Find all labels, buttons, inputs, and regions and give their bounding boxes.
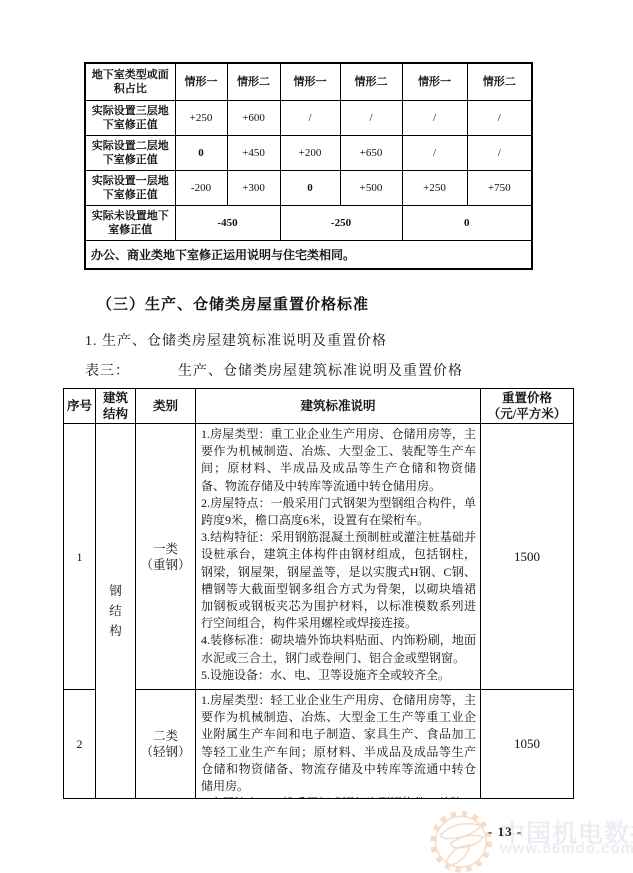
header-structure: 建筑 结构 — [96, 389, 136, 424]
row-label: 实际设置三层地下室修正值 — [85, 101, 175, 136]
table-note-row: 办公、商业类地下室修正运用说明与住宅类相同。 — [85, 241, 532, 270]
table-caption: 表三：生产、仓储类房屋建筑标准说明及重置价格 — [85, 360, 463, 380]
scenario-header: 情形一 — [175, 63, 227, 101]
value-cell: / — [280, 101, 340, 136]
value-cell: +250 — [175, 101, 227, 136]
scenario-header: 情形二 — [467, 63, 532, 101]
value-cell: 0 — [402, 206, 532, 241]
value-cell: +650 — [340, 136, 402, 171]
row-label: 实际设置一层地下室修正值 — [85, 171, 175, 206]
price-cell: 1050 — [481, 690, 574, 799]
basement-header-row: 地下室类型或面积占比 情形一 情形二 情形一 情形二 情形一 情形二 — [85, 63, 532, 101]
table-row: 实际设置二层地下室修正值 0 +450 +200 +650 / / — [85, 136, 532, 171]
table-row: 1 钢结构 一类 （重钢） 1.房屋类型：重工业企业生产用房、仓储用房等，主要作… — [64, 424, 574, 690]
page-number: - 13 - — [488, 824, 522, 840]
index-cell: 2 — [64, 690, 96, 799]
value-cell: / — [402, 136, 467, 171]
basement-note: 办公、商业类地下室修正运用说明与住宅类相同。 — [85, 241, 532, 270]
value-cell: +600 — [227, 101, 280, 136]
scenario-header: 情形二 — [340, 63, 402, 101]
value-cell: +450 — [227, 136, 280, 171]
header-category: 类别 — [136, 389, 196, 424]
price-cell: 1500 — [481, 424, 574, 690]
value-cell: +500 — [340, 171, 402, 206]
value-cell: -200 — [175, 171, 227, 206]
value-cell: / — [402, 101, 467, 136]
structure-cell: 钢结构 — [96, 424, 136, 799]
production-header-row: 序号 建筑 结构 类别 建筑标准说明 重置价格 （元/平方米） — [64, 389, 574, 424]
description-text: 1.房屋类型：轻工业企业生产用房、仓储用房等，主要作为机械制造、冶炼、大型金工生… — [201, 692, 476, 798]
value-cell: -450 — [175, 206, 280, 241]
description-cell: 1.房屋类型：轻工业企业生产用房、仓储用房等，主要作为机械制造、冶炼、大型金工生… — [196, 690, 481, 799]
table-row: 实际设置一层地下室修正值 -200 +300 0 +500 +250 +750 — [85, 171, 532, 206]
value-cell: +250 — [402, 171, 467, 206]
production-price-table: 序号 建筑 结构 类别 建筑标准说明 重置价格 （元/平方米） 1 钢结构 一类… — [63, 388, 573, 799]
table-caption-label: 表三： — [85, 364, 130, 379]
value-cell: 0 — [175, 136, 227, 171]
value-cell: +200 — [280, 136, 340, 171]
table-row: 实际设置三层地下室修正值 +250 +600 / / / / — [85, 101, 532, 136]
category-cell: 一类 （重钢） — [136, 424, 196, 690]
structure-label: 钢结构 — [109, 581, 123, 641]
description-cell: 1.房屋类型：重工业企业生产用房、仓储用房等，主要作为机械制造、冶炼、大型金工、… — [196, 424, 481, 690]
index-cell: 1 — [64, 424, 96, 690]
value-cell: / — [467, 101, 532, 136]
value-cell: -250 — [280, 206, 402, 241]
header-description: 建筑标准说明 — [196, 389, 481, 424]
value-cell: +750 — [467, 171, 532, 206]
section-heading: （三）生产、仓储类房屋重置价格标准 — [97, 293, 369, 314]
watermark-site-url: www.86mdo.com — [500, 840, 633, 857]
value-cell: / — [340, 101, 402, 136]
basement-corner-label: 地下室类型或面积占比 — [85, 63, 175, 101]
value-cell: / — [467, 136, 532, 171]
header-price: 重置价格 （元/平方米） — [481, 389, 574, 424]
row-label: 实际未设置地下室修正值 — [85, 206, 175, 241]
scenario-header: 情形二 — [227, 63, 280, 101]
basement-adjustment-table: 地下室类型或面积占比 情形一 情形二 情形一 情形二 情形一 情形二 实际设置三… — [84, 62, 531, 270]
document-page: { "basement_table": { "corner_label": "地… — [0, 0, 633, 873]
value-cell: 0 — [280, 171, 340, 206]
header-index: 序号 — [64, 389, 96, 424]
table-caption-title: 生产、仓储类房屋建筑标准说明及重置价格 — [178, 364, 463, 379]
row-label: 实际设置二层地下室修正值 — [85, 136, 175, 171]
description-text: 1.房屋类型：重工业企业生产用房、仓储用房等，主要作为机械制造、冶炼、大型金工、… — [201, 426, 476, 689]
item-heading: 1. 生产、仓储类房屋建筑标准说明及重置价格 — [85, 330, 387, 350]
value-cell: +300 — [227, 171, 280, 206]
category-cell: 二类 （轻钢） — [136, 690, 196, 799]
table-row: 实际未设置地下室修正值 -450 -250 0 — [85, 206, 532, 241]
scenario-header: 情形一 — [280, 63, 340, 101]
scenario-header: 情形一 — [402, 63, 467, 101]
table-row: 2 二类 （轻钢） 1.房屋类型：轻工业企业生产用房、仓储用房等，主要作为机械制… — [64, 690, 574, 799]
